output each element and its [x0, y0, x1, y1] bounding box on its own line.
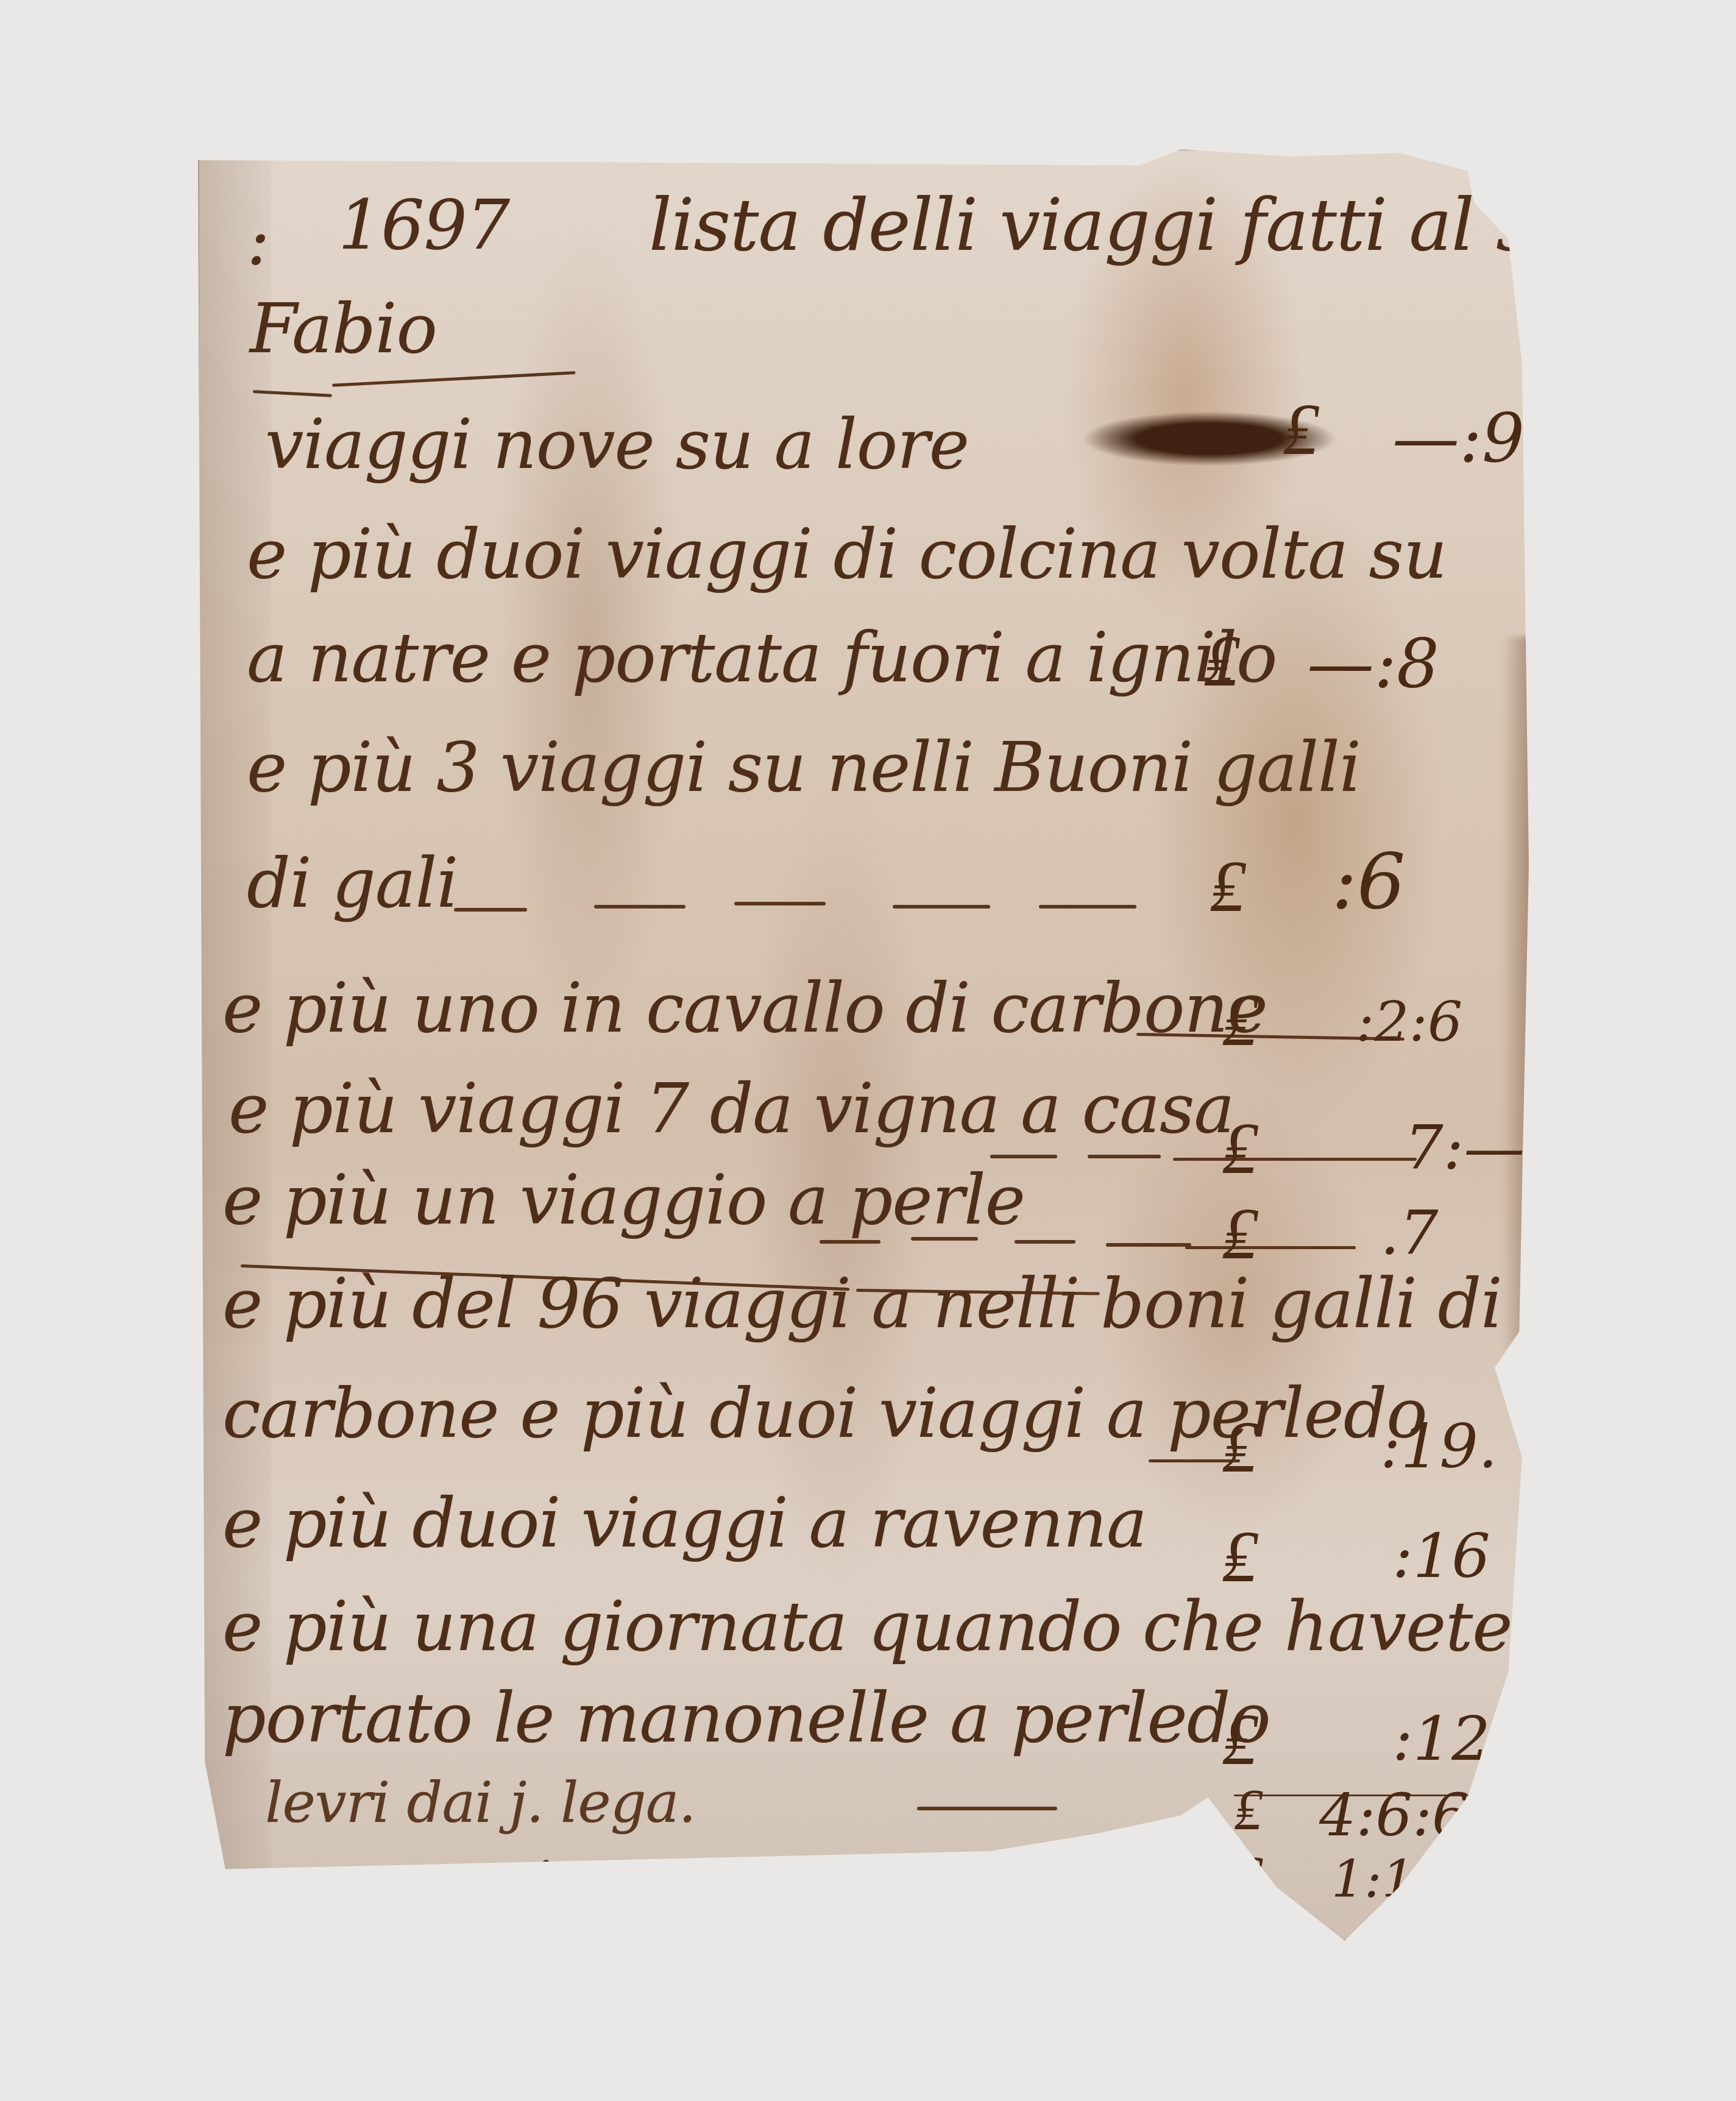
- filler-dash: [990, 1155, 1057, 1158]
- filler-rule: [1173, 1158, 1417, 1161]
- entry-text: e più un viaggio a perle: [222, 1161, 1025, 1240]
- lira-icon: ₤: [1222, 1405, 1258, 1489]
- entry-text: e più una giornata quando che havete: [222, 1587, 1512, 1667]
- header-year: 1697: [338, 186, 509, 265]
- entry-amount: .7: [1380, 1197, 1438, 1269]
- entry-amount: :6: [1331, 838, 1406, 926]
- entry-amount: :12: [1392, 1703, 1490, 1774]
- footer-text: viaggi 4 a Varena: [503, 1849, 986, 1915]
- header-mark: :: [247, 201, 269, 280]
- entry-text: a natre e portata fuori a ignilo: [247, 618, 1277, 698]
- entry-text: e più viaggi 7 da vigna a casa: [229, 1069, 1234, 1149]
- footer-amount: 1:1: [1331, 1849, 1415, 1910]
- footer-amount: 4:6:6: [1319, 1782, 1469, 1849]
- footer-text: levri dai j. lega.: [265, 1770, 696, 1835]
- filler-dash: [893, 905, 990, 909]
- entry-text: e più uno in cavallo di carbone: [222, 969, 1267, 1048]
- header-rule: [332, 371, 576, 387]
- manuscript-sheet: : 1697 lista delli viaggi fatti al sig.r…: [198, 149, 1563, 1941]
- lira-icon: ₤: [1063, 1880, 1093, 1947]
- entry-text: e più 3 viaggi su nelli Buoni galli: [247, 728, 1361, 807]
- lira-icon: ₤: [1203, 618, 1240, 703]
- lira-icon: ₤: [1222, 1514, 1258, 1599]
- lira-icon: ₤: [1283, 387, 1319, 472]
- filler-dash: [911, 1237, 978, 1241]
- filler-dash: [454, 908, 527, 912]
- filler-dash: [820, 1240, 880, 1244]
- header-name: Fabio: [250, 289, 437, 369]
- entry-text: viaggi nove su a lore: [265, 405, 969, 484]
- filler-dash: [1106, 1243, 1191, 1247]
- entry-text: e più duoi viaggi a ravenna: [222, 1484, 1147, 1563]
- filler-dash: [1039, 905, 1136, 909]
- lira-icon: ₤: [1222, 1697, 1258, 1782]
- filler-dash: [1088, 1155, 1161, 1158]
- entry-text: portato le manonelle a perledo: [222, 1679, 1270, 1758]
- header-title: lista delli viaggi fatti al sig.r: [649, 183, 1656, 267]
- filler-dash: [1015, 1240, 1075, 1244]
- lira-icon: ₤: [1234, 1776, 1263, 1843]
- entry-amount: 7:—: [1405, 1112, 1525, 1183]
- filler-dash: [917, 1807, 1057, 1810]
- entry-amount: :19.: [1380, 1411, 1498, 1482]
- entry-text: e più del 96 viaggi a nelli boni galli d…: [222, 1264, 1502, 1344]
- filler-dash: [594, 905, 686, 909]
- entry-text: di gali: [247, 844, 458, 923]
- entry-text: e più duoi viaggi di colcina volta su: [247, 515, 1447, 594]
- entry-amount: —:9: [1392, 399, 1525, 477]
- lira-icon: ₤: [1210, 844, 1246, 929]
- entry-amount: :2:6: [1356, 990, 1462, 1054]
- lira-icon: ₤: [1222, 978, 1258, 1063]
- lira-icon: ₤: [1222, 1106, 1258, 1191]
- entry-amount: :16: [1392, 1520, 1490, 1592]
- filler-dash: [734, 902, 826, 905]
- lira-icon: ₤: [1222, 1191, 1258, 1276]
- lira-icon: ₤: [1234, 1904, 1263, 1971]
- entry-amount: —:8: [1307, 625, 1439, 703]
- lira-icon: ₤: [1234, 1843, 1263, 1910]
- filler-rule: [1185, 1246, 1356, 1249]
- footer-amount: 7:10: [1124, 1886, 1241, 1946]
- stained-right-edge: [1502, 637, 1539, 1368]
